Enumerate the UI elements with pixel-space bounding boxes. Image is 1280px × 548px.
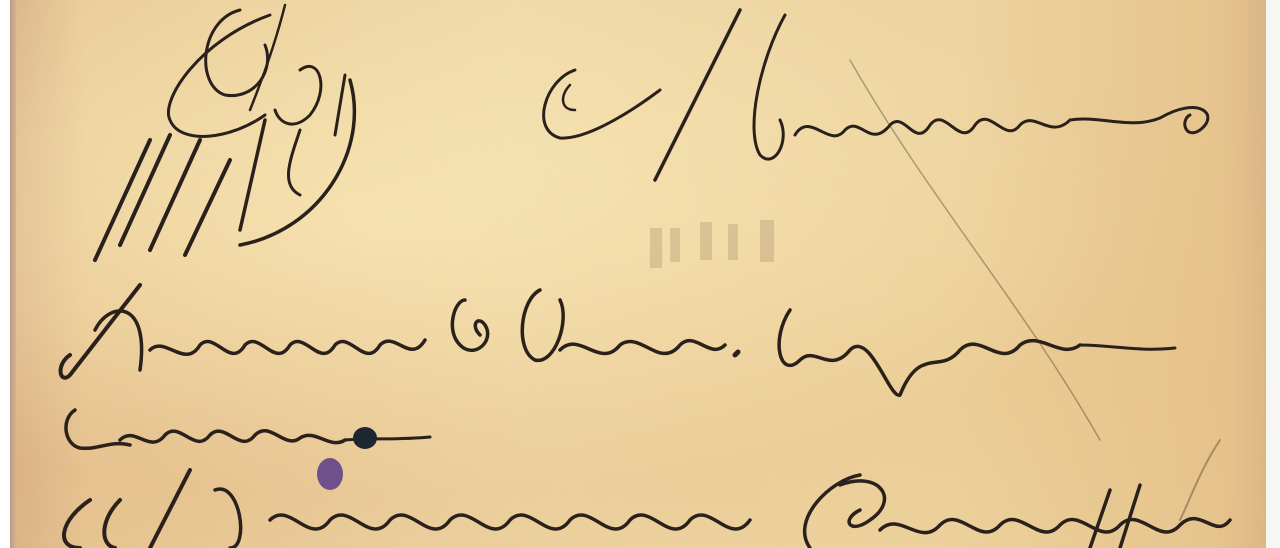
paper-fold-creases [850,60,1220,520]
line-a-barcellonne-pour-grenouilles [64,470,1230,548]
line-monsieur-heading [544,10,1208,180]
monogram-flourish [95,5,354,260]
purple-stain [317,458,343,490]
ink-blot [353,427,377,449]
faded-postal-stamp [650,220,774,268]
line-monsieur-de-calvo-seigneur-de [61,285,1175,395]
handwriting-layer [0,0,1280,548]
